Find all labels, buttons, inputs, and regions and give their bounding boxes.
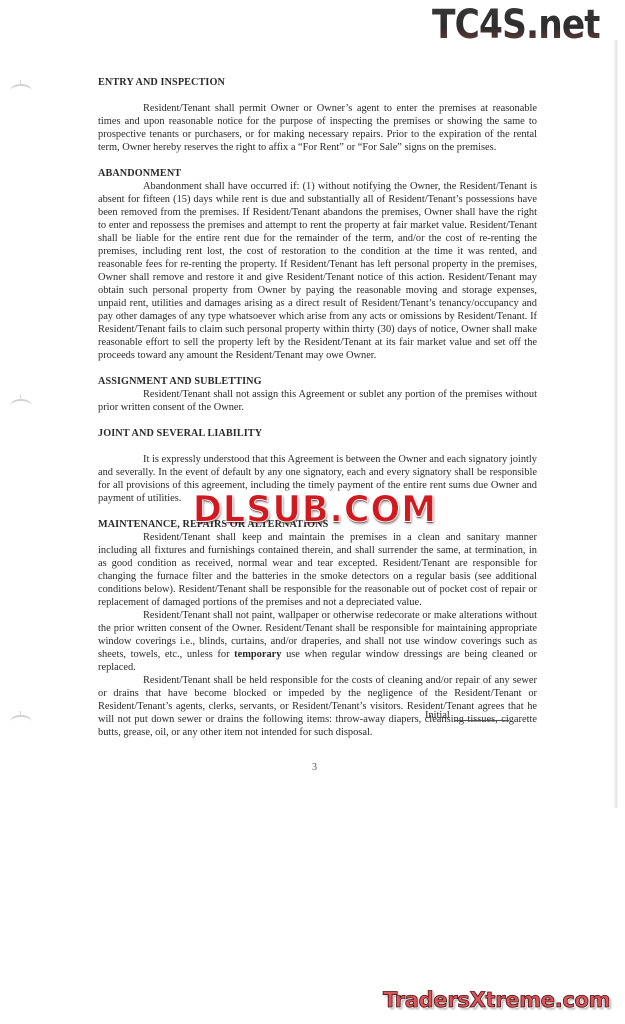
emphasis-temporary: temporary	[234, 649, 281, 660]
paragraph-maintenance-2: Resident/Tenant shall not paint, wallpap…	[98, 609, 537, 674]
document-body: ENTRY AND INSPECTION Resident/Tenant sha…	[98, 76, 537, 739]
tc4s-watermark: TC4S.net	[432, 2, 600, 48]
paragraph-assignment: Resident/Tenant shall not assign this Ag…	[98, 388, 537, 414]
section-heading-abandonment: ABANDONMENT	[98, 167, 537, 180]
section-heading-assignment: ASSIGNMENT AND SUBLETTING	[98, 375, 537, 388]
paragraph-entry-inspection: Resident/Tenant shall permit Owner or Ow…	[98, 102, 537, 154]
binder-hole-mark-icon	[10, 84, 32, 98]
tradersxtreme-watermark: TradersXtreme.com	[383, 988, 610, 1012]
initial-field: Initial	[425, 710, 509, 721]
paragraph-maintenance-3: Resident/Tenant shall be held responsibl…	[98, 674, 537, 739]
paragraph-abandonment: Abandonment shall have occurred if: (1) …	[98, 180, 537, 362]
dlsub-watermark: DLSUB.COM	[178, 489, 452, 531]
section-heading-entry-inspection: ENTRY AND INSPECTION	[98, 76, 537, 89]
binder-hole-mark-icon	[10, 715, 32, 729]
initial-signature-line	[454, 710, 509, 721]
section-heading-joint-liability: JOINT AND SEVERAL LIABILITY	[98, 427, 537, 440]
page-number: 3	[312, 762, 317, 773]
page-edge	[614, 40, 618, 808]
initial-label: Initial	[425, 710, 450, 721]
binder-hole-mark-icon	[10, 399, 32, 413]
paragraph-maintenance-1: Resident/Tenant shall keep and maintain …	[98, 531, 537, 609]
